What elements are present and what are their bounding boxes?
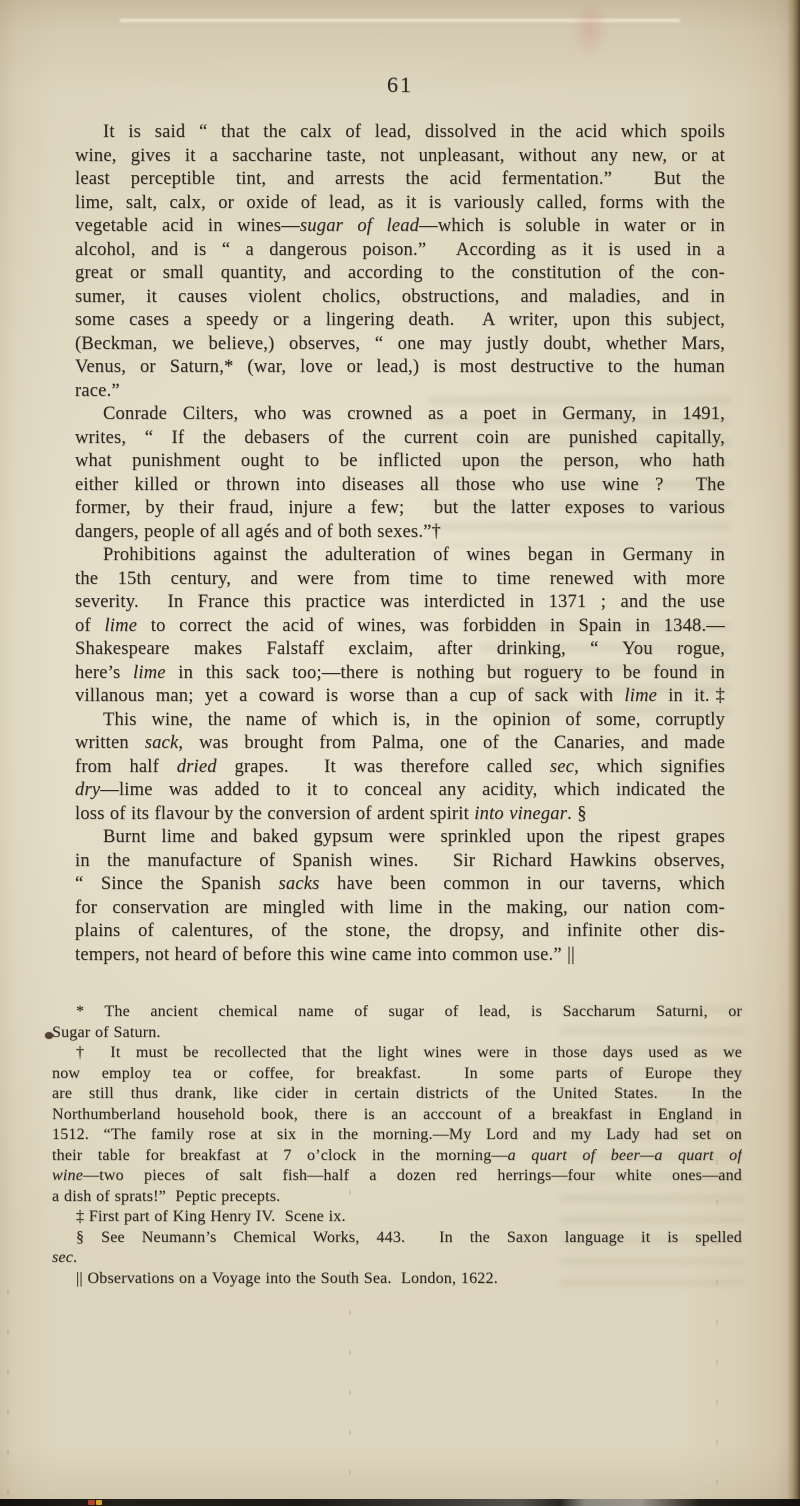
text-segment: Venus, or Saturn,* (war, love or lead,) … [75, 357, 725, 377]
text-segment: race.” [75, 381, 120, 401]
text-segment: —lime was added to it to conceal any aci… [100, 780, 725, 800]
page-number: 61 [387, 72, 413, 97]
text-segment: (Beckman, we believe,) observes, “ one m… [75, 334, 725, 354]
text-line: are still thus drank, like cider in cert… [52, 1084, 742, 1105]
text-line: Shakespeare makes Falstaff exclaim, afte… [75, 638, 725, 662]
text-segment: villanous man; yet a coward is worse tha… [75, 686, 624, 706]
italic-text: into vinegar [474, 804, 567, 824]
text-segment: wine, gives it a saccharine taste, not u… [75, 146, 725, 166]
paragraph: || Observations on a Voyage into the Sou… [52, 1269, 742, 1290]
text-line: now employ tea or coffee, for breakfast.… [52, 1064, 742, 1085]
text-segment: least perceptible tint, and arrests the … [75, 169, 725, 189]
italic-text: wine [52, 1167, 83, 1184]
paragraph: † It must be recollected that the light … [52, 1043, 742, 1207]
text-segment: || Observations on a Voyage into the Sou… [76, 1270, 498, 1287]
book-page-scan: 61 It is said “ that the calx of lead, d… [0, 0, 800, 1506]
text-segment: a dish of sprats!” Peptic precepts. [52, 1188, 280, 1205]
text-line: here’s lime in this sack too;—there is n… [75, 662, 725, 686]
italic-text: lime [624, 686, 657, 706]
text-line: of lime to correct the acid of wines, wa… [75, 615, 725, 639]
main-text-block: It is said “ that the calx of lead, diss… [75, 121, 725, 967]
text-segment: written [75, 733, 145, 753]
text-segment: Sugar of Saturn. [52, 1024, 161, 1041]
text-line: from half dried grapes. It was therefore… [75, 756, 725, 780]
paper-crease-mark [7, 1290, 9, 1500]
text-line: loss of its flavour by the conversion of… [75, 803, 725, 827]
text-segment: Burnt lime and baked gypsum were sprinkl… [103, 827, 725, 847]
text-line: † It must be recollected that the light … [52, 1043, 742, 1064]
text-line: * The ancient chemical name of sugar of … [52, 1002, 742, 1023]
text-line: Sugar of Saturn. [52, 1023, 742, 1044]
italic-text: dry [75, 780, 100, 800]
text-segment: dangers, people of all agés and of both … [75, 522, 441, 542]
text-line: race.” [75, 380, 725, 404]
text-segment: from half [75, 757, 177, 777]
text-line: least perceptible tint, and arrests the … [75, 168, 725, 192]
text-segment: Shakespeare makes Falstaff exclaim, afte… [75, 639, 725, 659]
text-line: “ Since the Spanish sacks have been comm… [75, 873, 725, 897]
paragraph: It is said “ that the calx of lead, diss… [75, 121, 725, 403]
text-segment: . § [567, 804, 587, 824]
paragraph: § See Neumann’s Chemical Works, 443. In … [52, 1228, 742, 1269]
text-segment: here’s [75, 663, 133, 683]
italic-text: lime [133, 663, 166, 683]
text-line: 1512. “The family rose at six in the mor… [52, 1125, 742, 1146]
paragraph: Prohibitions against the adulteration of… [75, 544, 725, 709]
text-segment: either killed or thrown into diseases al… [75, 475, 725, 495]
italic-text: sugar of lead [300, 216, 419, 236]
text-segment: § See Neumann’s Chemical Works, 443. In … [76, 1229, 742, 1246]
text-line: plains of calentures, of the stone, the … [75, 920, 725, 944]
italic-text: sack [145, 733, 179, 753]
text-segment: to correct the acid of wines, was forbid… [137, 616, 725, 636]
text-segment: have been common in our taverns, which [320, 874, 725, 894]
text-segment: great or small quantity, and according t… [75, 263, 725, 283]
text-segment: , was brought from Palma, one of the Can… [178, 733, 725, 753]
text-segment: vegetable acid in wines— [75, 216, 300, 236]
italic-text: a quart of beer—a quart of [508, 1147, 742, 1164]
text-line: in the manufacture of Spanish wines. Sir… [75, 850, 725, 874]
text-line: § See Neumann’s Chemical Works, 443. In … [52, 1228, 742, 1249]
text-segment: —which is soluble in water or in [419, 216, 725, 236]
paragraph: * The ancient chemical name of sugar of … [52, 1002, 742, 1043]
text-segment: Prohibitions against the adulteration of… [103, 545, 725, 565]
text-line: sumer, it causes violent cholics, obstru… [75, 286, 725, 310]
text-line: former, by their fraud, injure a few; bu… [75, 497, 725, 521]
text-segment: their table for breakfast at 7 o’clock i… [52, 1147, 508, 1164]
text-segment: the 15th century, and were from time to … [75, 569, 725, 589]
text-line: tempers, not heard of before this wine c… [75, 944, 725, 968]
text-line: dangers, people of all agés and of both … [75, 521, 725, 545]
page-header: 61 [75, 72, 725, 98]
italic-text: sacks [279, 874, 320, 894]
text-line: Northumberland household book, there is … [52, 1105, 742, 1126]
text-segment: Conrade Cilters, who was crowned as a po… [103, 404, 725, 424]
text-line: some cases a speedy or a lingering death… [75, 309, 725, 333]
text-segment: are still thus drank, like cider in cert… [52, 1085, 742, 1102]
text-segment: now employ tea or coffee, for breakfast.… [52, 1065, 742, 1082]
scan-speck-yellow [96, 1500, 102, 1505]
text-line: for conservation are mingled with lime i… [75, 897, 725, 921]
text-segment: plains of calentures, of the stone, the … [75, 921, 725, 941]
text-line: a dish of sprats!” Peptic precepts. [52, 1187, 742, 1208]
text-line: Conrade Cilters, who was crowned as a po… [75, 403, 725, 427]
text-line: vegetable acid in wines—sugar of lead—wh… [75, 215, 725, 239]
text-line: (Beckman, we believe,) observes, “ one m… [75, 333, 725, 357]
text-line: either killed or thrown into diseases al… [75, 474, 725, 498]
text-line: Prohibitions against the adulteration of… [75, 544, 725, 568]
text-segment: ‡ First part of King Henry IV. Scene ix. [76, 1208, 346, 1225]
text-line: severity. In France this practice was in… [75, 591, 725, 615]
text-line: great or small quantity, and according t… [75, 262, 725, 286]
text-segment: † It must be recollected that the light … [76, 1044, 742, 1061]
text-segment: * The ancient chemical name of sugar of … [76, 1003, 742, 1020]
text-segment: severity. In France this practice was in… [75, 592, 725, 612]
text-segment: for conservation are mingled with lime i… [75, 898, 725, 918]
text-line: written sack, was brought from Palma, on… [75, 732, 725, 756]
scan-artifact-pink-streak [572, 0, 608, 58]
text-segment: in this sack too;—there is nothing but r… [166, 663, 725, 683]
italic-text: lime [104, 616, 137, 636]
text-line: Venus, or Saturn,* (war, love or lead,) … [75, 356, 725, 380]
footnotes-block: * The ancient chemical name of sugar of … [52, 1002, 742, 1289]
text-segment: This wine, the name of which is, in the … [103, 710, 725, 730]
text-line: wine—two pieces of salt fish—half a doze… [52, 1166, 742, 1187]
text-line: dry—lime was added to it to conceal any … [75, 779, 725, 803]
text-line: writes, “ If the debasers of the current… [75, 427, 725, 451]
page-right-edge-shadow [787, 0, 800, 1500]
text-segment: . [73, 1249, 77, 1266]
text-line: the 15th century, and were from time to … [75, 568, 725, 592]
text-line: ‡ First part of King Henry IV. Scene ix. [52, 1207, 742, 1228]
text-segment: Northumberland household book, there is … [52, 1106, 742, 1123]
text-line: alcohol, and is “ a dangerous poison.” A… [75, 239, 725, 263]
italic-text: dried [177, 757, 217, 777]
text-line: wine, gives it a saccharine taste, not u… [75, 145, 725, 169]
text-segment: It is said “ that the calx of lead, diss… [103, 122, 725, 142]
text-line: This wine, the name of which is, in the … [75, 709, 725, 733]
text-segment: former, by their fraud, injure a few; bu… [75, 498, 725, 518]
text-segment: what punishment ought to be inflicted up… [75, 451, 725, 471]
text-segment: some cases a speedy or a lingering death… [75, 310, 725, 330]
paragraph: Conrade Cilters, who was crowned as a po… [75, 403, 725, 544]
italic-text: sec [52, 1249, 73, 1266]
text-segment: tempers, not heard of before this wine c… [75, 945, 575, 965]
text-segment: alcohol, and is “ a dangerous poison.” A… [75, 240, 725, 260]
paragraph: Burnt lime and baked gypsum were sprinkl… [75, 826, 725, 967]
scan-edge-bottom [0, 1499, 800, 1506]
text-segment: writes, “ If the debasers of the current… [75, 428, 725, 448]
text-segment: grapes. It was therefore called [217, 757, 550, 777]
text-segment: in the manufacture of Spanish wines. Sir… [75, 851, 725, 871]
text-segment: —two pieces of salt fish—half a dozen re… [83, 1167, 742, 1184]
text-segment: loss of its flavour by the conversion of… [75, 804, 474, 824]
paragraph: This wine, the name of which is, in the … [75, 709, 725, 827]
text-segment: of [75, 616, 104, 636]
text-segment: , which signifies [574, 757, 725, 777]
text-line: what punishment ought to be inflicted up… [75, 450, 725, 474]
text-line: sec. [52, 1248, 742, 1269]
text-segment: sumer, it causes violent cholics, obstru… [75, 287, 725, 307]
text-line: || Observations on a Voyage into the Sou… [52, 1269, 742, 1290]
scan-speck-red [88, 1500, 95, 1505]
text-line: It is said “ that the calx of lead, diss… [75, 121, 725, 145]
paragraph: ‡ First part of King Henry IV. Scene ix. [52, 1207, 742, 1228]
italic-text: sec [550, 757, 574, 777]
text-line: their table for breakfast at 7 o’clock i… [52, 1146, 742, 1167]
text-line: lime, salt, calx, or oxide of lead, as i… [75, 192, 725, 216]
text-segment: 1512. “The family rose at six in the mor… [52, 1126, 742, 1143]
text-segment: in it.‡ [657, 686, 725, 706]
text-line: villanous man; yet a coward is worse tha… [75, 685, 725, 709]
text-line: Burnt lime and baked gypsum were sprinkl… [75, 826, 725, 850]
text-segment: lime, salt, calx, or oxide of lead, as i… [75, 193, 725, 213]
text-segment: “ Since the Spanish [75, 874, 279, 894]
